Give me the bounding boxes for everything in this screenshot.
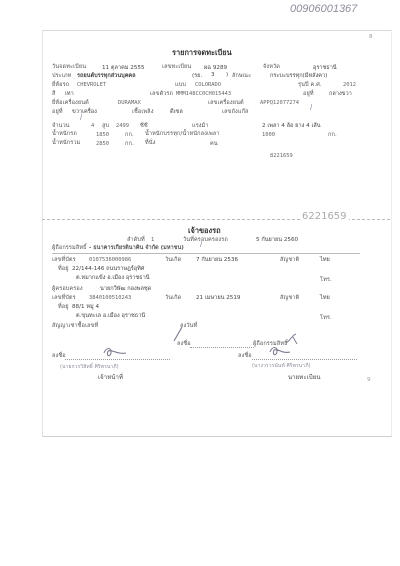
province-label: จังหวัด (263, 63, 280, 71)
holder-id-value: 3840100510243 (89, 295, 131, 301)
engine-location-value: ขวาเครื่อง (72, 108, 97, 116)
holder-id-label: เลขที่บัตร (52, 294, 76, 302)
owner-nationality-label: สัญชาติ (280, 256, 299, 264)
owner-address-line-1: 22/144-146 ถนนราษฎร์อุทิศ (72, 265, 144, 273)
holder-label: ผู้ครอบครอง (52, 285, 83, 293)
plate-label: เลขทะเบียน (162, 63, 191, 71)
style-value: กระบะบรรทุก(มีหลังคา) (270, 72, 327, 80)
registrar-role: นายทะเบียน (288, 372, 321, 382)
plate-value: ผฉ 9289 (204, 64, 227, 72)
registrar-sign-label: ลงชื่อ (238, 352, 252, 360)
fuel-label: เชื้อเพลิง (132, 108, 154, 116)
weight-load-value: 1000 (262, 132, 275, 138)
seats-label: ที่นั่ง (145, 139, 156, 147)
contract-label: สัญญาเช่าซื้อเลขที่ (52, 322, 98, 330)
engine-location-label: อยู่ที่ (52, 108, 63, 116)
axles-value: 2 เพลา 4 ล้อ ยาง 4 เส้น (262, 122, 321, 130)
province-value: อุราชธานี (313, 64, 337, 72)
order-value: 1 (151, 237, 154, 243)
serial-number-small: 8221659 (270, 153, 293, 159)
form-prefix: (รย. (192, 72, 202, 80)
registrar-name: (นางวรวรนันท์ ศิริพรนาภี) (252, 362, 311, 370)
check-mark-icon: / (200, 240, 202, 249)
seats-unit: คน (210, 140, 218, 148)
owner-value: - ธนาคารเกียรตินาคิน จำกัด (มหาชน) (89, 244, 184, 252)
page-mark-bottom: 9 (367, 377, 371, 383)
cylinders-value: 4 (91, 123, 94, 129)
holder-tel-label: โทร. (320, 314, 332, 322)
officer-signature-icon (102, 344, 128, 363)
signature-icon (172, 326, 184, 346)
holder-address-line-1: 88/1 หมู่ 4 (72, 303, 99, 311)
make-label: ยี่ห้อรถ (52, 81, 69, 89)
holder-address-label: ที่อยู่ (58, 303, 69, 311)
owner-id-label: เลขที่บัตร (52, 256, 76, 264)
owner-nationality-value: ไทย (320, 256, 330, 264)
color-value: เทา (65, 90, 74, 98)
model-label: แบบ (175, 81, 186, 89)
reg-date-label: วันจดทะเบียน (52, 63, 86, 71)
owner-address-line-2: ต.หมากแข้ง อ.เมือง อุราชธานี (76, 274, 150, 282)
holder-nationality-value: ไทย (320, 294, 330, 302)
type-value: รถยนต์บรรทุกส่วนบุคคล (77, 72, 136, 80)
cylinders-unit: สูบ (102, 122, 109, 130)
owner-label: ผู้ถือกรรมสิทธิ์ (52, 244, 87, 252)
document-title: รายการจดทะเบียน (172, 47, 232, 59)
weight-total-unit: กก. (125, 140, 134, 148)
weight-car-unit: กก. (125, 131, 134, 139)
owner-id-value: 0107536000986 (89, 257, 131, 263)
model-value: COLORADO (195, 82, 221, 88)
form-number: 3 (211, 72, 215, 78)
check-mark-icon: / (80, 113, 82, 122)
weight-load-unit: กก. (328, 131, 337, 139)
registrar-signature-icon (268, 343, 292, 362)
weight-car-value: 1850 (96, 132, 109, 138)
holder-value: นายกวีพัฒ กองพลชุด (100, 285, 151, 293)
make-value: CHEVROLET (77, 82, 106, 88)
weight-total-value: 2850 (96, 141, 109, 147)
document-page: 00906001367 8 รายการจดทะเบียน วันจดทะเบี… (0, 0, 400, 566)
year-label: รุ่นปี ค.ศ. (298, 81, 322, 89)
power-label: แรงม้า (192, 122, 209, 130)
engine-number-value: APPQ12077274 (260, 100, 299, 106)
cc-unit: ซีซี (140, 122, 148, 130)
reg-date-value: 11 ตุลาคม 2555 (102, 64, 145, 72)
color-label: สี (52, 90, 56, 98)
owner-tel-label: โทร. (320, 276, 332, 284)
chassis-location-label: อยู่ที่ (303, 90, 314, 98)
owner-underline (52, 253, 360, 254)
owner-sign-line (190, 341, 254, 348)
fuel-value: ดีเซล (170, 108, 183, 116)
possession-date-value: 5 กันยายน 2560 (256, 236, 298, 244)
check-mark-icon: / (310, 103, 312, 112)
officer-sign-label: ลงชื่อ (52, 352, 66, 360)
serial-number-large: 6221659 (300, 211, 349, 222)
weight-load-label: น้ำหนักบรรทุก/น้ำหนักลงเพลา (145, 130, 220, 138)
engine-number-label: เลขเครื่องยนต์ (208, 99, 244, 107)
style-label: ลักษณะ (232, 72, 251, 80)
owner-birth-label: วันเกิด (165, 256, 181, 264)
officer-role: เจ้าหน้าที่ (98, 372, 123, 382)
engine-make-label: ยี่ห้อเครื่องยนต์ (52, 99, 89, 107)
engine-make-value: DURAMAX (118, 100, 141, 106)
order-label: ลำดับที่ (127, 236, 145, 244)
holder-nationality-label: สัญชาติ (280, 294, 299, 302)
chassis-location-value: กลางขวา (329, 90, 352, 98)
officer-name: (นายกวรวิสิทธิ์ ศิริพรนาภี) (60, 363, 119, 371)
holder-birth-label: วันเกิด (165, 294, 181, 302)
handwritten-number: 00906001367 (290, 3, 357, 15)
owner-address-label: ที่อยู่ (58, 265, 69, 273)
type-label: ประเภท (52, 72, 71, 80)
count-label: จำนวน (52, 122, 70, 130)
chassis-label: เลขตัวรถ (150, 90, 173, 98)
gas-tank-label: เลขถังแก๊ส (222, 108, 249, 116)
weight-car-label: น้ำหนักรถ (52, 130, 77, 138)
year-value: 2012 (343, 82, 356, 88)
weight-total-label: น้ำหนักรวม (52, 139, 80, 147)
cc-value: 2499 (116, 123, 129, 129)
chassis-value: MMM148CC0CH015443 (176, 91, 231, 97)
holder-address-line-2: ต.ขุนทะเล อ.เมือง อุราชธานี (76, 312, 145, 320)
possession-date-label: วันที่ครอบครองรถ (183, 236, 228, 244)
holder-birth-value: 21 เมษายน 2519 (196, 294, 240, 302)
owner-birth-value: 7 กันยายน 2536 (196, 256, 238, 264)
form-suffix: ) (226, 72, 228, 78)
